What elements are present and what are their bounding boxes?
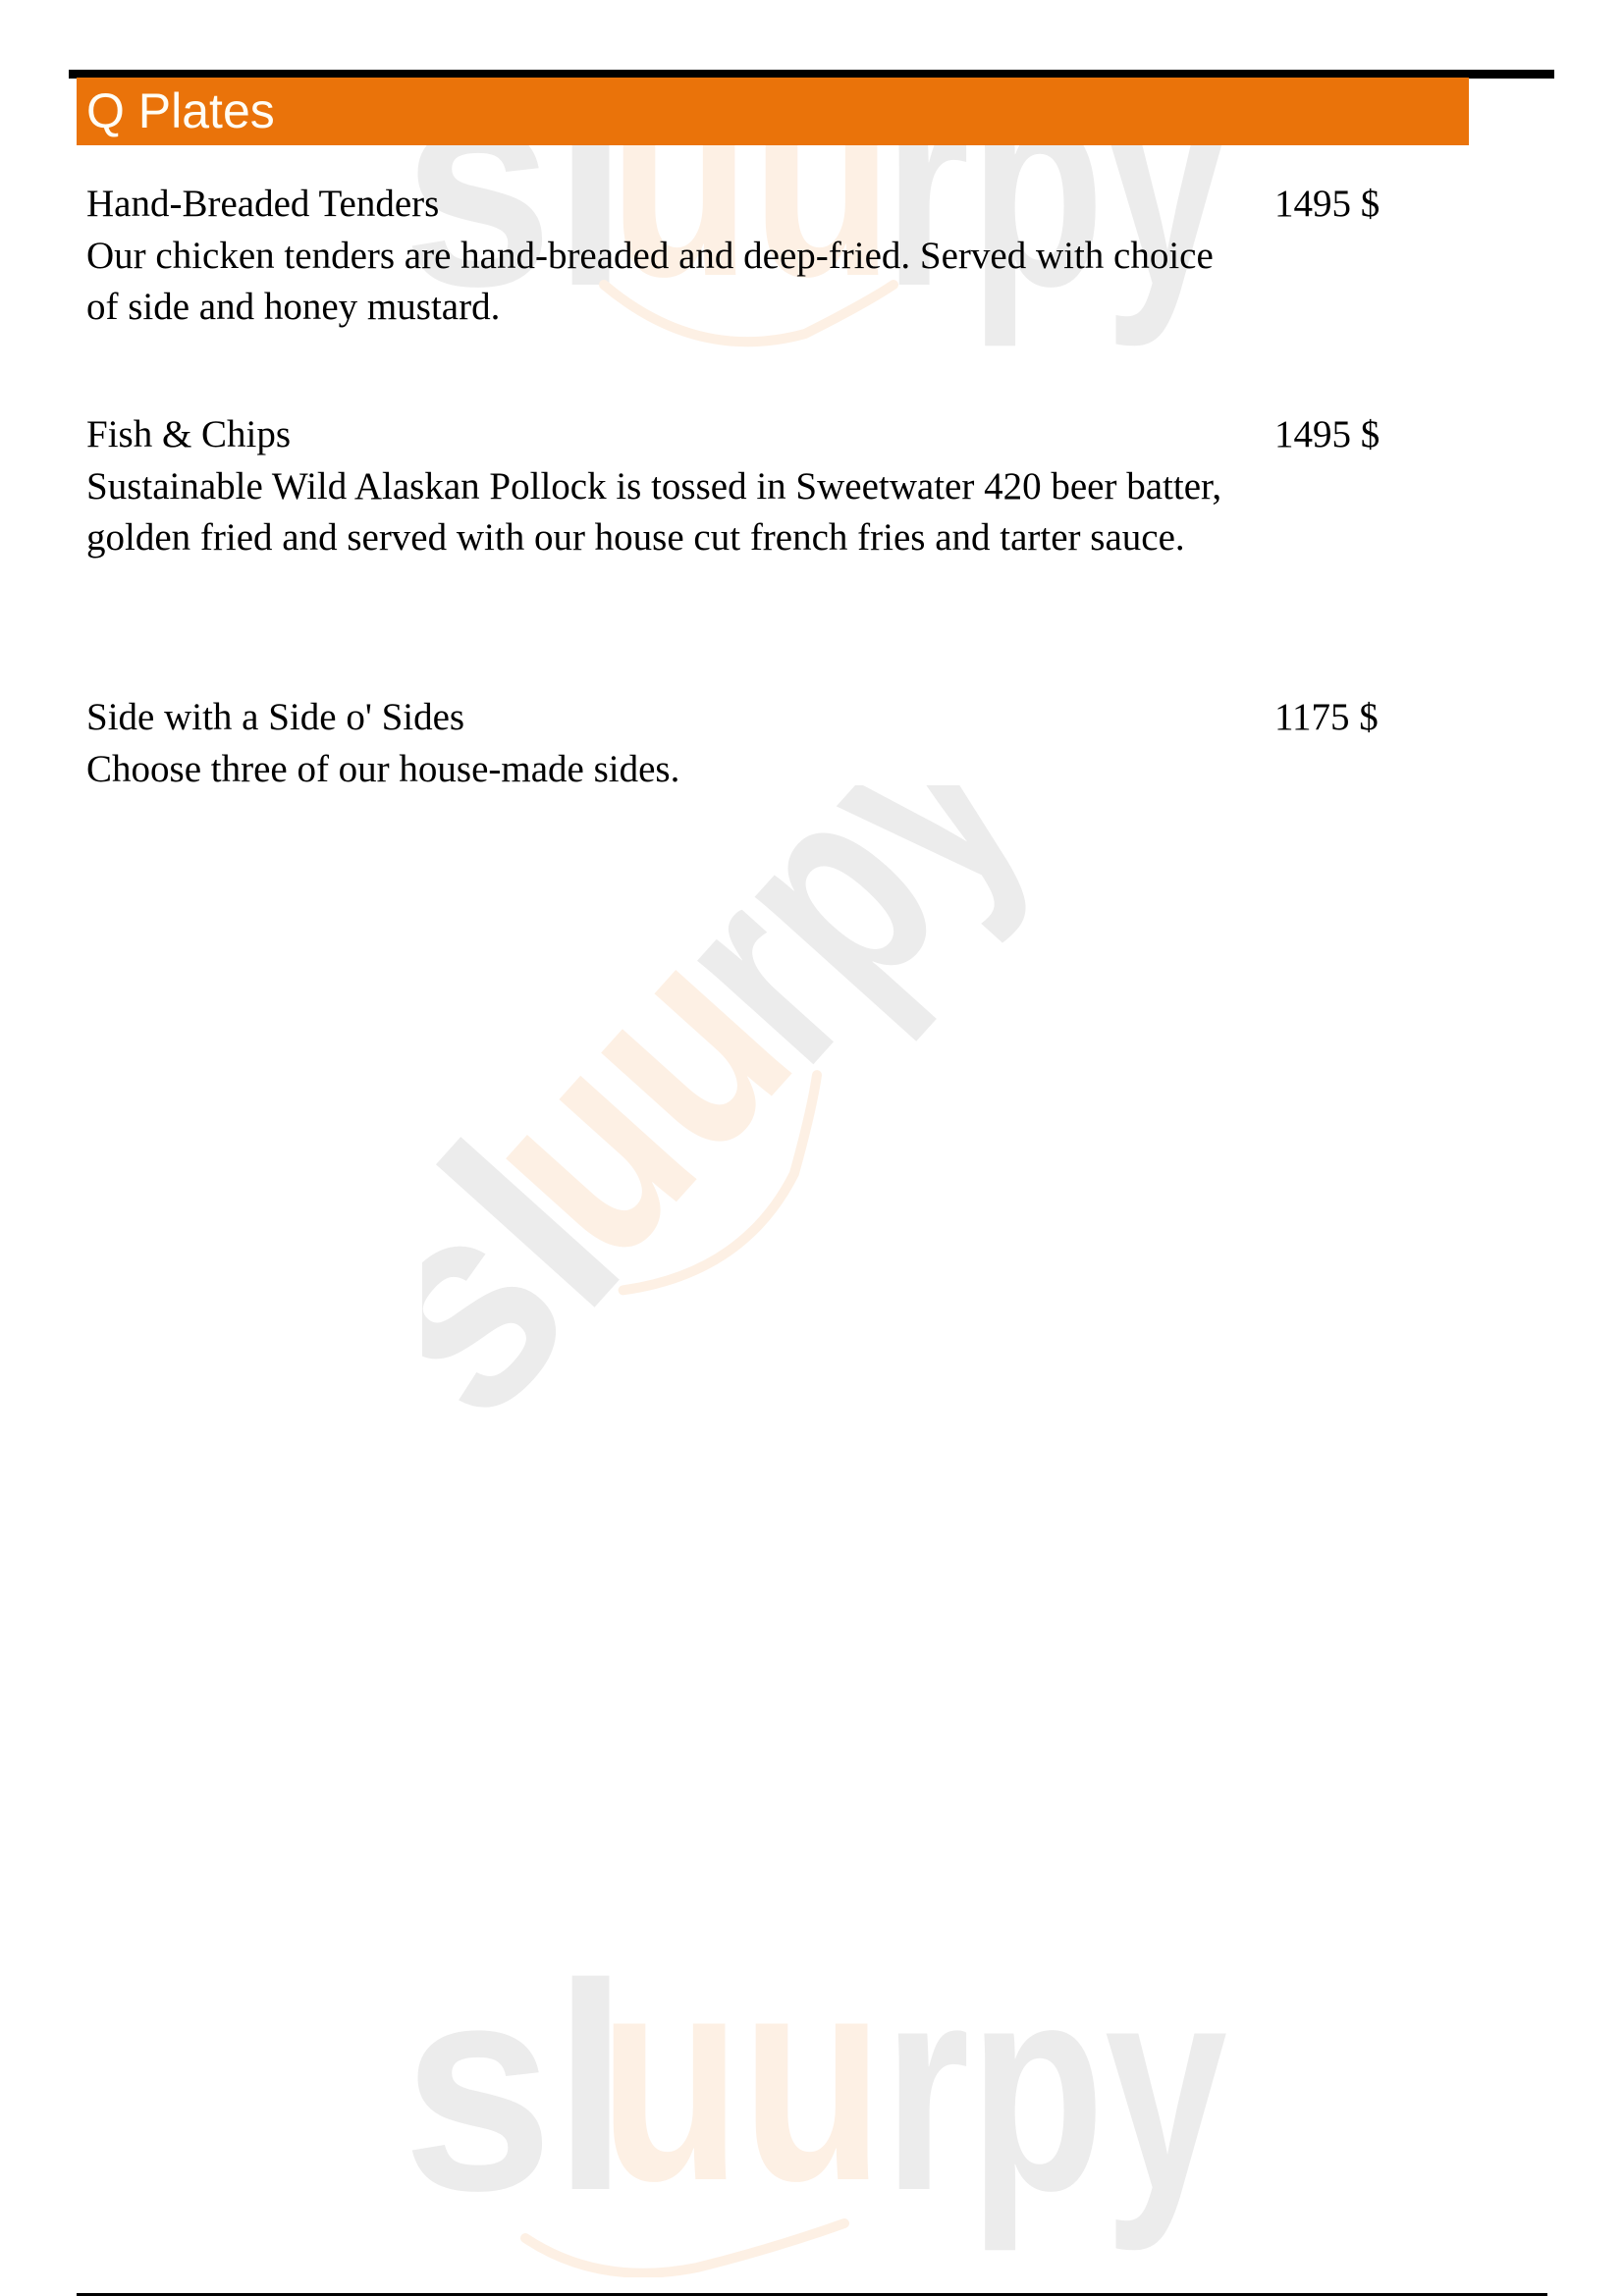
menu-page: sl uu rpy sl uu rpy sl uu rpy Q Plates H… [0,0,1624,2296]
item-name: Hand-Breaded Tenders [86,179,1461,231]
svg-text:uu: uu [422,883,849,1315]
section-title: Q Plates [86,80,275,141]
svg-text:rpy: rpy [884,1963,1228,2254]
item-price: 1495 $ [1274,179,1380,231]
section-header-band [77,78,1469,145]
menu-item: Side with a Side o' Sides Choose three o… [86,692,1461,795]
menu-item: Hand-Breaded Tenders Our chicken tenders… [86,179,1461,334]
svg-text:sl: sl [422,1087,678,1475]
item-name: Fish & Chips [86,409,1461,461]
item-description: Choose three of our house-made sides. [86,744,1225,796]
svg-text:rpy: rpy [605,785,1082,1119]
svg-text:sl: sl [403,1963,628,2252]
item-price: 1175 $ [1274,692,1379,744]
slurpy-logo-icon: sl uu rpy [403,1963,1237,2277]
svg-text:uu: uu [599,1963,884,2242]
menu-item: Fish & Chips Sustainable Wild Alaskan Po… [86,409,1461,564]
item-description: Sustainable Wild Alaskan Pollock is toss… [86,461,1225,564]
item-description: Our chicken tenders are hand-breaded and… [86,231,1225,334]
item-name: Side with a Side o' Sides [86,692,1461,744]
slurpy-logo-icon: sl uu rpy [422,785,1208,1492]
item-price: 1495 $ [1274,409,1380,461]
